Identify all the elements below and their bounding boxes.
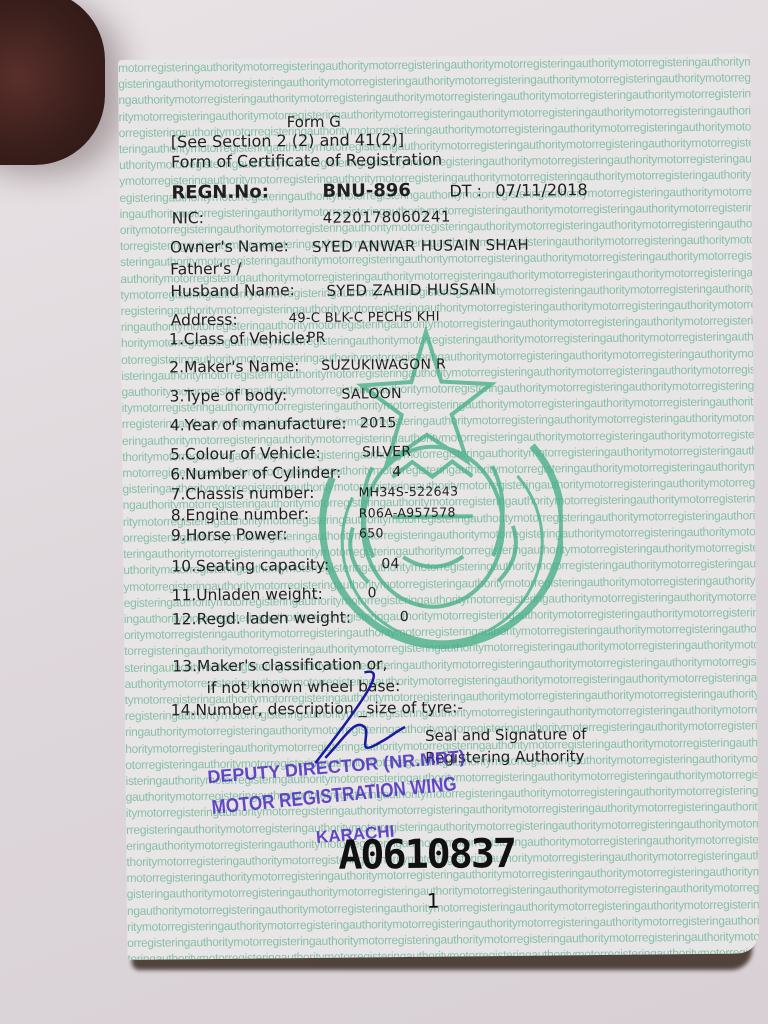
page-number: 1 [427, 889, 440, 913]
signature [294, 667, 435, 768]
regn-value: BNU-896 [322, 180, 411, 202]
field-value: PR [307, 330, 326, 346]
registration-card: motorregisteringauthoritymotorregisterin… [118, 53, 759, 960]
form-title: Form G [287, 113, 341, 132]
owner-value: SYED ANWAR HUSAIN SHAH [312, 236, 529, 256]
father-label-2: Husband Name: [170, 281, 295, 300]
address-value: 49-C BLK-C PECHS KHI [289, 310, 440, 327]
regn-label: REGN.No: [171, 181, 269, 203]
field-value: 0 [400, 609, 409, 625]
form-subtitle: Form of Certificate of Registration [171, 150, 442, 172]
owner-label: Owner's Name: [170, 237, 289, 256]
nic-value: 4220178060241 [323, 208, 451, 227]
field-value: 4 [392, 464, 401, 480]
field-value: 04 [381, 556, 400, 572]
field-label: 3.Type of body: [169, 386, 287, 405]
field-label: 1.Class of Vehicle: [169, 329, 310, 348]
seal-line1: Seal and Signature of [425, 725, 587, 745]
field-value: SALOON [341, 386, 402, 403]
field-label: 8.Engine number: [171, 505, 309, 524]
thumb [0, 0, 105, 165]
father-value: SYED ZAHID HUSSAIN [326, 280, 496, 300]
serial-number: A0610837 [338, 831, 515, 879]
address-label: Address: [171, 311, 238, 330]
field-label: 11.Unladen weight: [172, 585, 323, 605]
field-label: 6.Number of Cylinder: [170, 464, 341, 484]
father-label-1: Father's / [170, 260, 241, 279]
field-value: 2015 [360, 415, 397, 431]
field-label: 5.Colour of Vehicle: [170, 444, 321, 464]
field-label: 9.Horse Power: [171, 525, 288, 544]
date-value: 07/11/2018 [495, 180, 587, 200]
field-label: 10.Seating capacity: [171, 556, 329, 576]
field-label: 4.Year of manufacture: [170, 415, 347, 435]
section-reference: [See Section 2 (2) and 41(2)] [171, 130, 404, 151]
field-value: SUZUKIWAGON R [321, 357, 446, 374]
field-value: 0 [368, 585, 377, 601]
nic-label: NIC: [172, 209, 204, 227]
field-value: 650 [359, 525, 384, 540]
field-label: 12.Regd. laden weight: [172, 609, 351, 629]
field-value: R06A-A957578 [359, 504, 456, 520]
date-label: DT : [449, 181, 482, 200]
field-label: 2.Maker's Name: [169, 357, 299, 376]
field-value: MH34S-522643 [358, 483, 458, 499]
field-value: SILVER [362, 444, 411, 461]
field-label: 7.Chassis number: [170, 484, 314, 504]
